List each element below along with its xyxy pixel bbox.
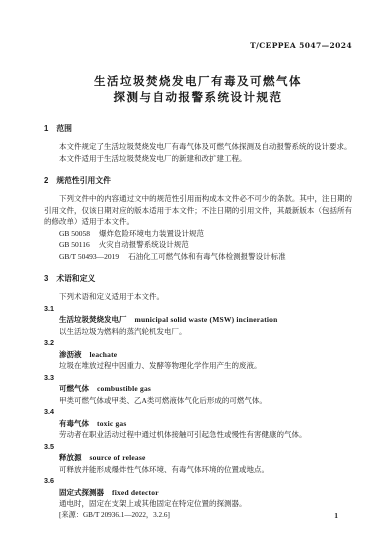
term-english: fixed detector: [112, 488, 159, 497]
section-1-number: 1: [44, 124, 48, 133]
term-english: source of release: [90, 453, 146, 462]
document-title-line1: 生活垃圾焚烧发电厂有毒及可燃气体: [44, 74, 352, 90]
term-title: 渗沥液leachate: [44, 349, 352, 361]
term-title: 固定式探测器fixed detector: [44, 487, 352, 499]
term-english: municipal solid waste (MSW) incineration: [135, 315, 278, 324]
term-chinese: 生活垃圾焚烧发电厂: [59, 315, 127, 324]
section-2-paragraph: 下列文件中的内容通过文中的规范性引用而构成本文件必不可少的条款。其中，注日期的引…: [44, 193, 352, 228]
term-definition: 可释放并能形成爆炸性气体环境、有毒气体环境的位置或地点。: [44, 464, 352, 476]
reference-code: GB 50116: [59, 240, 90, 249]
section-3-heading: 3术语和定义: [44, 273, 352, 284]
term-chinese: 可燃气体: [59, 384, 89, 393]
term-definition: 甲类可燃气体或甲类、乙A类可燃液体气化后形成的可燃气体。: [44, 395, 352, 407]
term-entry: 3.3 可燃气体combustible gas 甲类可燃气体或甲类、乙A类可燃液…: [44, 372, 352, 407]
term-chinese: 释放源: [59, 453, 82, 462]
term-source-note: [来源：GB/T 20936.1—2022，3.2.6]: [44, 510, 352, 522]
reference-item: GB 50116火灾自动报警系统设计规范: [44, 239, 352, 251]
term-number: 3.6: [44, 475, 352, 487]
term-entry: 3.6 固定式探测器fixed detector 通电时，固定在支架上或其他固定…: [44, 475, 352, 521]
term-chinese: 固定式探测器: [59, 488, 104, 497]
section-2-heading: 2规范性引用文件: [44, 175, 352, 186]
section-2-title: 规范性引用文件: [56, 176, 111, 185]
section-1-heading: 1范围: [44, 123, 352, 134]
section-2-number: 2: [44, 176, 48, 185]
term-title: 释放源source of release: [44, 452, 352, 464]
reference-code: GB/T 50493—2019: [59, 252, 119, 261]
reference-item: GB 50058爆炸危险环境电力装置设计规范: [44, 228, 352, 240]
section-1-title: 范围: [56, 124, 72, 133]
reference-title: 石油化工可燃气体和有毒气体检测报警设计标准: [128, 252, 286, 261]
term-number: 3.4: [44, 406, 352, 418]
term-entry: 3.2 渗沥液leachate 垃圾在堆放过程中因重力、发酵等物理化学作用产生的…: [44, 337, 352, 372]
reference-item: GB/T 50493—2019石油化工可燃气体和有毒气体检测报警设计标准: [44, 251, 352, 263]
term-english: toxic gas: [97, 419, 127, 428]
term-definition: 垃圾在堆放过程中因重力、发酵等物理化学作用产生的废液。: [44, 360, 352, 372]
term-title: 有毒气体toxic gas: [44, 418, 352, 430]
term-title: 生活垃圾焚烧发电厂municipal solid waste (MSW) inc…: [44, 314, 352, 326]
page-content: 生活垃圾焚烧发电厂有毒及可燃气体 探测与自动报警系统设计规范 1范围 本文件规定…: [44, 74, 352, 521]
document-title-line2: 探测与自动报警系统设计规范: [44, 90, 352, 106]
term-number: 3.5: [44, 441, 352, 453]
term-title: 可燃气体combustible gas: [44, 383, 352, 395]
reference-title: 火灾自动报警系统设计规范: [99, 240, 189, 249]
term-entry: 3.1 生活垃圾焚烧发电厂municipal solid waste (MSW)…: [44, 303, 352, 338]
term-number: 3.1: [44, 303, 352, 315]
document-title: 生活垃圾焚烧发电厂有毒及可燃气体 探测与自动报警系统设计规范: [44, 74, 352, 106]
term-number: 3.2: [44, 337, 352, 349]
reference-code: GB 50058: [59, 229, 90, 238]
term-chinese: 渗沥液: [59, 350, 82, 359]
section-3-paragraph: 下列术语和定义适用于本文件。: [44, 291, 352, 303]
term-definition: 以生活垃圾为燃料的蒸汽轮机发电厂。: [44, 326, 352, 338]
section-3-number: 3: [44, 274, 48, 283]
section-1-paragraph: 本文件适用于生活垃圾焚烧发电厂的新建和改扩建工程。: [44, 153, 352, 165]
page-number: 1: [334, 511, 338, 520]
standard-number: T/CEPPEA 5047—2024: [250, 41, 352, 50]
term-english: combustible gas: [97, 384, 151, 393]
term-english: leachate: [90, 350, 118, 359]
section-3-title: 术语和定义: [56, 274, 95, 283]
term-chinese: 有毒气体: [59, 419, 89, 428]
document-page: { "page": { "header_code": "T/CEPPEA 504…: [0, 0, 388, 553]
section-1-paragraph: 本文件规定了生活垃圾焚烧发电厂有毒气体及可燃气体探测及自动报警系统的设计要求。: [44, 141, 352, 153]
term-definition: 劳动者在职业活动过程中通过机体接触可引起急性或慢性有害健康的气体。: [44, 429, 352, 441]
term-definition: 通电时，固定在支架上或其他固定在特定位置的探测器。: [44, 498, 352, 510]
term-entry: 3.5 释放源source of release 可释放并能形成爆炸性气体环境、…: [44, 441, 352, 476]
term-number: 3.3: [44, 372, 352, 384]
term-entry: 3.4 有毒气体toxic gas 劳动者在职业活动过程中通过机体接触可引起急性…: [44, 406, 352, 441]
reference-title: 爆炸危险环境电力装置设计规范: [99, 229, 204, 238]
